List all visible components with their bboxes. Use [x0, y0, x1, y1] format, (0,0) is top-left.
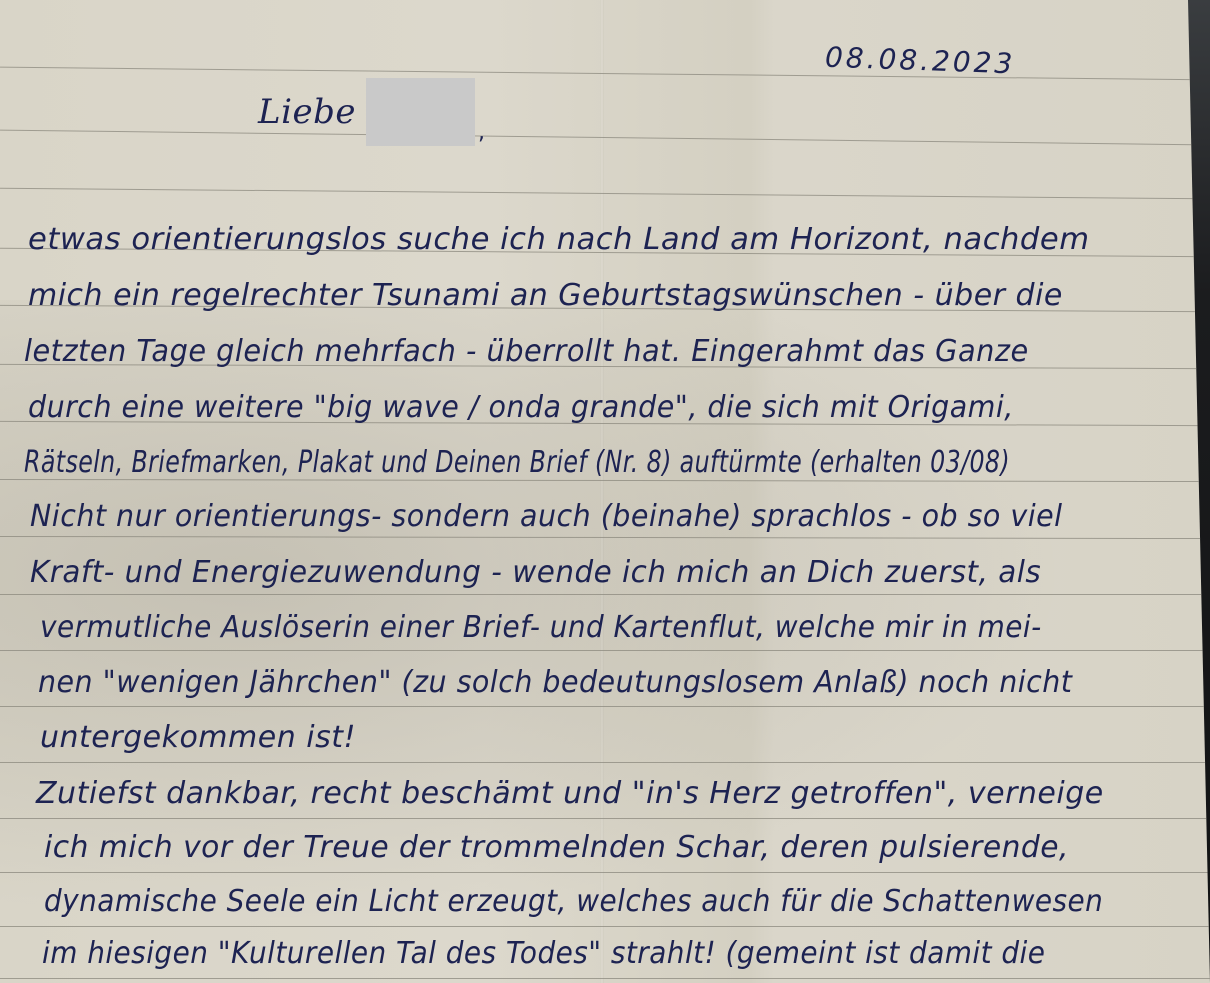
letter-line: nen "wenigen Jährchen" (zu solch bedeutu… — [38, 665, 1072, 700]
ruled-line — [0, 536, 1210, 539]
ruled-line — [0, 818, 1210, 819]
redacted-recipient-name — [366, 78, 475, 146]
letter-line: durch eine weitere "big wave / onda gran… — [28, 390, 1014, 425]
salutation: Liebe — [258, 92, 356, 132]
ruled-line — [0, 762, 1210, 763]
letter-line: letzten Tage gleich mehrfach - überrollt… — [24, 334, 1029, 369]
letter-line: etwas orientierungslos suche ich nach La… — [28, 222, 1090, 257]
ruled-line — [0, 926, 1210, 927]
letter-page: 08.08.2023 Liebe , etwas orientierungslo… — [0, 0, 1210, 983]
letter-line: Nicht nur orientierungs- sondern auch (b… — [30, 499, 1063, 534]
letter-line: Kraft- und Energiezuwendung - wende ich … — [30, 555, 1041, 590]
letter-line: untergekommen ist! — [40, 720, 356, 755]
letter-line: ich mich vor der Treue der trommelnden S… — [44, 830, 1069, 865]
ruled-line — [0, 130, 1210, 146]
letter-line: dynamische Seele ein Licht erzeugt, welc… — [44, 884, 1103, 919]
ruled-line — [0, 872, 1210, 873]
ruled-line — [0, 706, 1210, 707]
letter-line: Zutiefst dankbar, recht beschämt und "in… — [36, 776, 1104, 811]
letter-line: vermutliche Auslöserin einer Brief- und … — [40, 610, 1042, 645]
ruled-line — [0, 188, 1210, 200]
salutation-comma: , — [478, 120, 486, 145]
letter-line: im hiesigen "Kulturellen Tal des Todes" … — [42, 936, 1045, 971]
ruled-line — [0, 67, 1210, 81]
letter-date: 08.08.2023 — [824, 41, 1015, 81]
letter-line: Rätseln, Briefmarken, Plakat und Deinen … — [24, 445, 1010, 480]
letter-line: mich ein regelrechter Tsunami an Geburts… — [28, 278, 1063, 313]
ruled-line — [0, 978, 1210, 979]
ruled-line — [0, 594, 1210, 595]
ruled-line — [0, 650, 1210, 651]
